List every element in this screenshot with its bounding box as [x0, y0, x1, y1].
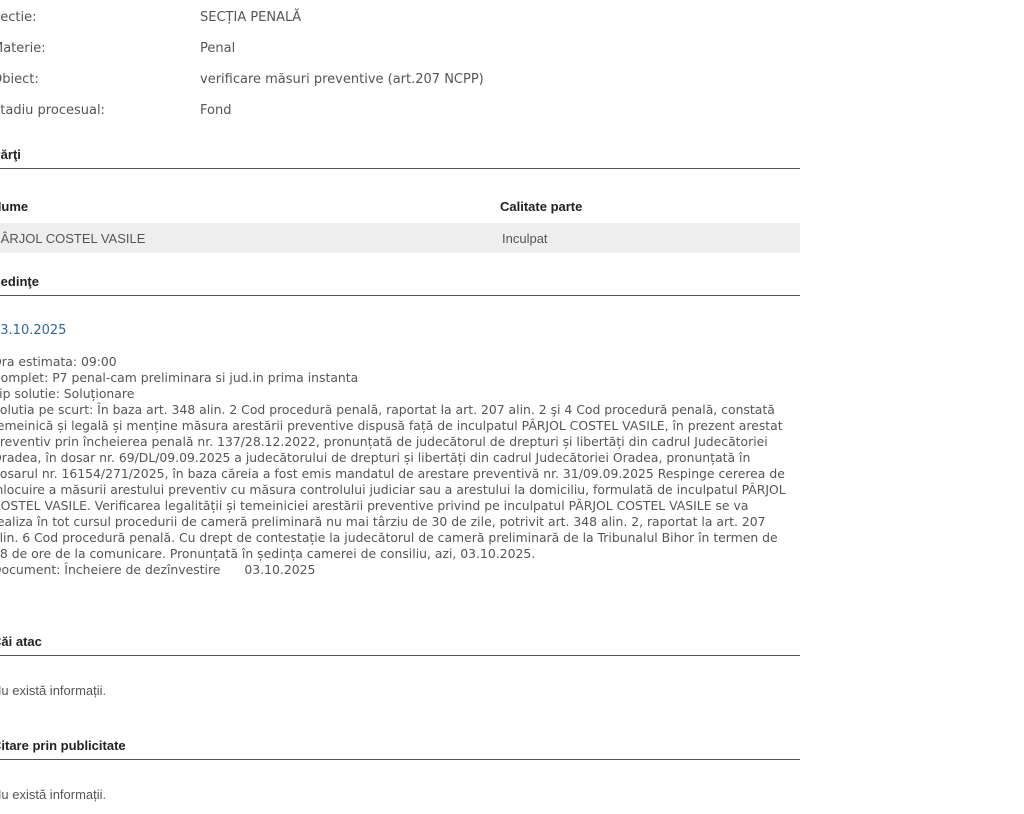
info-value: Penal [200, 41, 235, 56]
column-header-calitate: Calitate parte [500, 199, 582, 214]
hearing-document: Document: Încheiere de dezînvestire03.10… [0, 562, 792, 578]
hearing-date-link[interactable]: 03.10.2025 [0, 323, 66, 338]
info-label: Sectie: [0, 10, 36, 25]
hearing-panel: Complet: P7 penal-cam preliminara si jud… [0, 370, 792, 386]
cai-atac-empty-note: Nu există informații. [0, 683, 106, 698]
document-type: Document: Încheiere de dezînvestire [0, 562, 220, 577]
info-value: verificare măsuri preventive (art.207 NC… [200, 72, 484, 87]
section-title-sedinte: Şedinţe [0, 274, 800, 296]
info-value: SECȚIA PENALĂ [200, 10, 301, 25]
column-header-nume: Nume [0, 199, 28, 214]
party-role: Inculpat [502, 231, 548, 246]
section-title-parti: Părţi [0, 147, 800, 169]
document-date: 03.10.2025 [244, 562, 315, 577]
citare-empty-note: Nu există informații. [0, 787, 106, 802]
info-value: Fond [200, 103, 231, 118]
hearing-details: Ora estimata: 09:00 Complet: P7 penal-ca… [0, 354, 792, 578]
info-label: Stadiu procesual: [0, 103, 105, 118]
hearing-time: Ora estimata: 09:00 [0, 354, 792, 370]
party-name: PÂRJOL COSTEL VASILE [0, 231, 145, 246]
table-row: PÂRJOL COSTEL VASILE Inculpat [0, 223, 800, 253]
info-label: Materie: [0, 41, 46, 56]
info-label: Obiect: [0, 72, 39, 87]
section-title-citare: Citare prin publicitate [0, 738, 800, 760]
hearing-solution-type: Tip solutie: Soluționare [0, 386, 792, 402]
section-title-cai-atac: Căi atac [0, 634, 800, 656]
hearing-solution-summary: Solutia pe scurt: În baza art. 348 alin.… [0, 402, 792, 562]
